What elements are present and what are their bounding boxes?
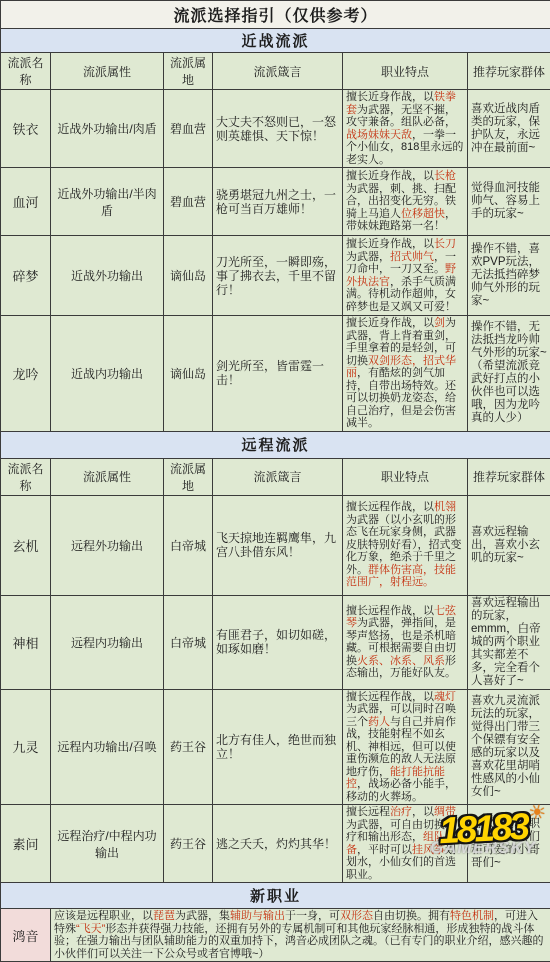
school-territory: 药王谷 — [164, 689, 213, 805]
column-header-attribute: 流派属性 — [51, 53, 164, 90]
text-segment: 绸带 — [434, 806, 456, 818]
table-row-hongyin: 鸿音 应该是远程职业，以琵琶为武器，集辅助与输出于一身，可双形态自由切换。拥有特… — [1, 909, 550, 962]
column-header-features: 职业特点 — [343, 458, 468, 495]
text-segment: 形态并获得强力技能，还拥有另外的专属机制可和其他玩家经脉相通，形成独特的战斗体验… — [54, 923, 544, 960]
school-name: 九灵 — [1, 689, 51, 805]
text-segment: 位移超快 — [401, 208, 445, 220]
school-territory: 谪仙岛 — [164, 316, 213, 432]
school-name: 血河 — [1, 168, 51, 236]
school-features: 擅长近身作战，以长枪为武器，刺、挑、扫配合，出招变化无穷。铁骑上马追人位移超快，… — [343, 168, 468, 236]
school-recommended: 操作不错，喜欢PVP玩法，无法抵挡碎梦帅气外形的玩家~ — [468, 236, 550, 316]
school-motto: 逃之夭夭，灼灼其华！ — [213, 805, 343, 883]
school-motto: 北方有佳人，绝世而独立！ — [213, 689, 343, 805]
text-segment: 为武器，集 — [175, 910, 230, 922]
text-segment: ，平时可以 — [357, 844, 412, 856]
school-attribute: 近战内功输出 — [51, 316, 164, 432]
text-segment: 擅长远程作战，以 — [346, 691, 434, 703]
column-header-territory: 流派属地 — [164, 53, 213, 90]
school-features: 擅长远程作战，以魂灯为武器，可以同时召唤三个药人与自己并肩作战，技能射程不如玄机… — [343, 689, 468, 805]
school-recommended: 喜欢远程输出，喜欢小玄叽的玩家~ — [468, 495, 550, 595]
school-name: 铁衣 — [1, 90, 51, 168]
text-segment: 擅长近身作战，以 — [346, 91, 434, 103]
section-row-new-class: 新职业 — [1, 883, 550, 909]
column-header-features: 职业特点 — [343, 53, 468, 90]
text-segment: “飞天” — [76, 923, 105, 935]
school-name: 龙吟 — [1, 316, 51, 432]
school-attribute: 近战外功输出 — [51, 236, 164, 316]
school-name: 素问 — [1, 805, 51, 883]
school-recommended: 喜欢近战肉盾类的玩家，保护队友，永远冲在最前面~ — [468, 90, 550, 168]
text-segment: 擅长近身作战，以 — [346, 317, 434, 329]
text-segment: 辅助与输出 — [230, 910, 285, 922]
school-features: 擅长近身作战，以剑为武器，背上背着重剑，手里拿着的是轻剑，可切换双剑形态，招式华… — [343, 316, 468, 432]
text-segment: 剑 — [434, 317, 445, 329]
school-attribute: 远程内功输出/召唤 — [51, 689, 164, 805]
section-header-ranged: 远程流派 — [1, 431, 550, 458]
text-segment: 战场妹妹天敌 — [346, 129, 412, 141]
school-motto: 刀光所至，一瞬即殇，事了拂衣去，千里不留行！ — [213, 236, 343, 316]
section-header-new-class: 新职业 — [1, 883, 550, 909]
section-row-melee: 近战流派 — [1, 29, 550, 53]
column-header-school-name: 流派名称 — [1, 458, 51, 495]
text-segment: 应该是远程职业，以 — [54, 910, 153, 922]
school-attribute: 远程内功输出 — [51, 595, 164, 689]
school-features: 应该是远程职业，以琵琶为武器，集辅助与输出于一身，可双形态自由切换。拥有特色机制… — [51, 909, 550, 962]
school-name: 神相 — [1, 595, 51, 689]
school-motto: 有匪君子，如切如磋，如琢如磨！ — [213, 595, 343, 689]
school-territory: 白帝城 — [164, 595, 213, 689]
text-segment: 长刀 — [434, 238, 456, 250]
text-segment: 琵琶 — [153, 910, 175, 922]
text-segment: 魂灯 — [434, 691, 456, 703]
school-features: 擅长远程作战，以机翎为武器（以小玄叽的形态飞在玩家身侧，武器皮肤特别好看），招式… — [343, 495, 468, 595]
column-header-attribute: 流派属性 — [51, 458, 164, 495]
section-row-ranged: 远程流派 — [1, 431, 550, 458]
column-header-recommended: 推荐玩家群体 — [468, 53, 550, 90]
text-segment: 擅长近身作战，以 — [346, 238, 434, 250]
text-segment: 特色机制 — [450, 910, 494, 922]
text-segment: 擅长远程 — [346, 806, 390, 818]
school-features: 擅长近身作战，以长刀为武器，招式帅气，一刀命中，一刀又至。野外执法官，杀手气质满… — [343, 236, 468, 316]
school-motto: 大丈夫不怒则已，一怒则英雄惧、天下惊！ — [213, 90, 343, 168]
title-row: 流派选择指引（仅供参考） — [1, 1, 550, 29]
text-segment: 机翎 — [434, 501, 456, 513]
school-features: 擅长远程作战，以七弦琴为武器，弹指间，是琴声悠扬，也是杀机暗藏。可根据需要自由切… — [343, 595, 468, 689]
school-recommended: 喜欢远程输出的玩家，emmm，白帝城的两个职业其实都差不多，完全看个人喜好了~ — [468, 595, 550, 689]
column-header-row: 流派名称 流派属性 流派属地 流派箴言 职业特点 推荐玩家群体 — [1, 53, 550, 90]
school-territory: 谪仙岛 — [164, 236, 213, 316]
text-segment: 擅长远程作战，以 — [346, 501, 434, 513]
column-header-recommended: 推荐玩家群体 — [468, 458, 550, 495]
column-header-row: 流派名称 流派属性 流派属地 流派箴言 职业特点 推荐玩家群体 — [1, 458, 550, 495]
text-segment: 火系、冰系、风系 — [357, 655, 445, 667]
text-segment: ，以 — [412, 806, 434, 818]
page-title: 流派选择指引（仅供参考） — [1, 1, 550, 29]
text-segment: 于一身，可 — [285, 910, 340, 922]
text-segment: 挂风筝 — [412, 844, 445, 856]
table-row-xuehe: 血河 近战外功输出/半肉盾 碧血营 骁勇堪冠九州之士，一枪可当百万雄师！ 擅长近… — [1, 168, 550, 236]
text-segment: ，战场必备小能手，移动的火葬场。 — [346, 778, 456, 803]
school-territory: 碧血营 — [164, 168, 213, 236]
text-segment: 为武器， — [346, 251, 390, 263]
column-header-territory: 流派属地 — [164, 458, 213, 495]
text-segment: 招式帅气 — [390, 251, 434, 263]
text-segment: 双形态 — [340, 910, 373, 922]
column-header-school-name: 流派名称 — [1, 53, 51, 90]
school-name: 鸿音 — [1, 909, 51, 962]
text-segment: 药人 — [368, 716, 390, 728]
column-header-motto: 流派箴言 — [213, 53, 343, 90]
text-segment: 为武器，无坚不摧，攻守兼备。组队必备， — [346, 104, 456, 129]
school-features: 擅长远程治疗，以绸带为武器，可自由切换治疗和输出形态，组队必备，平时可以挂风筝划… — [343, 805, 468, 883]
class-guide-table: 流派选择指引（仅供参考） 近战流派 流派名称 流派属性 流派属地 流派箴言 职业… — [0, 0, 550, 962]
text-segment: 治疗 — [390, 806, 412, 818]
school-name: 玄机 — [1, 495, 51, 595]
table-row-suwen: 素问 远程治疗/中程内功输出 药王谷 逃之夭夭，灼灼其华！ 擅长远程治疗，以绸带… — [1, 805, 550, 883]
section-header-melee: 近战流派 — [1, 29, 550, 53]
text-segment: 自由切换。拥有 — [373, 910, 450, 922]
school-territory: 碧血营 — [164, 90, 213, 168]
school-territory: 白帝城 — [164, 495, 213, 595]
school-recommended: 操作不错，无法抵挡龙吟帅气外形的玩家~（希望流派竞武好打点的小伙伴也可以选哦，因… — [468, 316, 550, 432]
school-attribute: 近战外功输出/肉盾 — [51, 90, 164, 168]
table-row-xuanji: 玄机 远程外功输出 白帝城 飞天掠地连羁鹰隼，九宫八卦借东风！ 擅长远程作战，以… — [1, 495, 550, 595]
table-row-suimeng: 碎梦 近战外功输出 谪仙岛 刀光所至，一瞬即殇，事了拂衣去，千里不留行！ 擅长近… — [1, 236, 550, 316]
table-row-tieyi: 铁衣 近战外功输出/肉盾 碧血营 大丈夫不怒则已，一怒则英雄惧、天下惊！ 擅长近… — [1, 90, 550, 168]
table-row-shenxiang: 神相 远程内功输出 白帝城 有匪君子，如切如磋，如琢如磨！ 擅长远程作战，以七弦… — [1, 595, 550, 689]
text-segment: 擅长近身作战，以 — [346, 170, 434, 182]
school-attribute: 远程治疗/中程内功输出 — [51, 805, 164, 883]
text-segment: 擅长远程作战，以 — [346, 605, 434, 617]
school-motto: 骁勇堪冠九州之士，一枪可当百万雄师！ — [213, 168, 343, 236]
school-territory: 药王谷 — [164, 805, 213, 883]
school-motto: 飞天掠地连羁鹰隼，九宫八卦借东风！ — [213, 495, 343, 595]
table-row-jiuling: 九灵 远程内功输出/召唤 药王谷 北方有佳人，绝世而独立！ 擅长远程作战，以魂灯… — [1, 689, 550, 805]
table-row-longyin: 龙吟 近战内功输出 谪仙岛 剑光所至，皆雷霆一击！ 擅长近身作战，以剑为武器，背… — [1, 316, 550, 432]
school-features: 擅长近身作战，以铁拳套为武器，无坚不摧，攻守兼备。组队必备，战场妹妹天敌，一拳一… — [343, 90, 468, 168]
school-recommended: 喜欢九灵流派玩法的玩家，觉得出门带三个保镖有安全感的玩家以及喜欢花里胡哨性感风的… — [468, 689, 550, 805]
text-segment: ，有酷炫的剑气加持，自带出场特效。还可以切换奶龙姿态，给自己治疗，但是会伤害减半… — [346, 367, 456, 429]
school-motto: 剑光所至，皆雷霆一击！ — [213, 316, 343, 432]
column-header-motto: 流派箴言 — [213, 458, 343, 495]
school-recommended: 喜欢治疗类职业的小仙女们和可爱的小哥哥们~ — [468, 805, 550, 883]
school-attribute: 远程外功输出 — [51, 495, 164, 595]
school-recommended: 觉得血河技能帅气、容易上手的玩家~ — [468, 168, 550, 236]
school-attribute: 近战外功输出/半肉盾 — [51, 168, 164, 236]
text-segment: 长枪 — [434, 170, 456, 182]
school-name: 碎梦 — [1, 236, 51, 316]
